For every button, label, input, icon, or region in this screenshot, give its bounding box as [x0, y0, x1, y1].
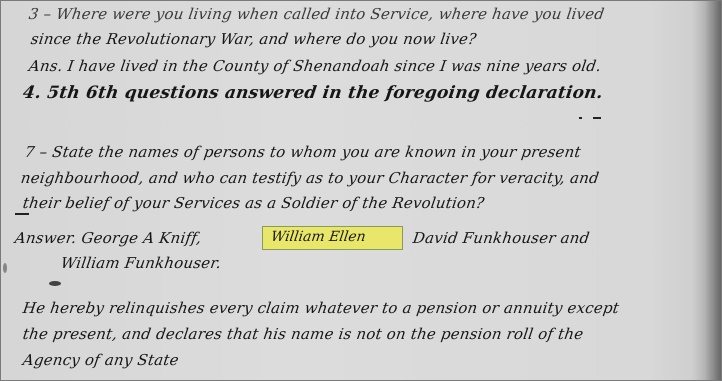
answer-4-5-6: 4. 5th 6th questions answered in the for… [22, 83, 605, 103]
relinquish-line-2: the present, and declares that his name … [22, 325, 585, 343]
dot-mark [579, 117, 582, 119]
ink-blot [49, 281, 61, 286]
question-3-line-1: 3 – Where were you living when called in… [28, 5, 606, 23]
margin-dash [15, 213, 29, 215]
relinquish-line-1: He hereby relinquishes every claim whate… [22, 299, 621, 317]
margin-smudge [3, 263, 7, 273]
question-7-line-3: their belief of your Services as a Soldi… [22, 194, 486, 212]
document-page: 3 – Where were you living when called in… [0, 0, 722, 381]
answer-7-label: Answer. George A Kniff, [14, 229, 203, 247]
answer-7-line-2: William Funkhouser. [60, 254, 223, 272]
question-3-line-2: since the Revolutionary War, and where d… [30, 30, 478, 48]
answer-7-continued: David Funkhouser and [412, 229, 591, 247]
page-edge-shadow [705, 1, 721, 380]
highlighted-name: William Ellen [270, 229, 367, 245]
answer-3: Ans. I have lived in the County of Shena… [28, 57, 603, 75]
question-7-line-1: 7 – State the names of persons to whom y… [24, 143, 582, 161]
dash-mark [593, 117, 601, 119]
question-7-line-2: neighbourhood, and who can testify as to… [20, 169, 601, 187]
relinquish-line-3: Agency of any State [22, 351, 180, 369]
